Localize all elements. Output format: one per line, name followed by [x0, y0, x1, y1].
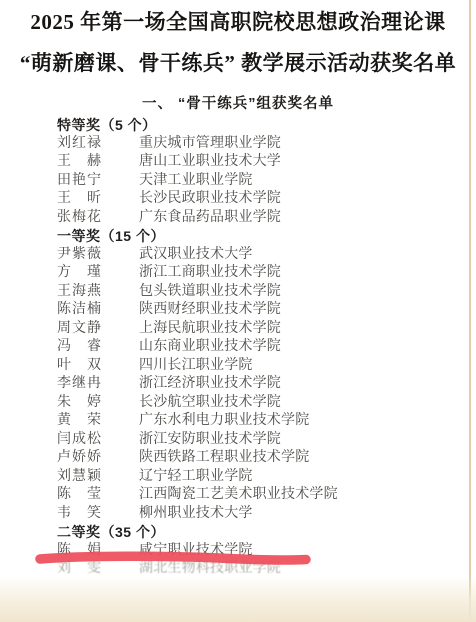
awardee-name: 冯 睿 — [57, 338, 101, 357]
award-row: 王 昕长沙民政职业技术学院 — [57, 190, 457, 209]
awardee-school: 辽宁轻工职业学院 — [139, 468, 253, 487]
awardee-school: 唐山工业职业技术大学 — [139, 153, 281, 172]
awardee-school: 浙江安防职业技术学院 — [139, 431, 281, 450]
award-list: 特等奖（5 个） 刘红禄重庆城市管理职业学院 王 赫唐山工业职业技术大学 田艳宁… — [57, 116, 457, 579]
award-row: 周文静上海民航职业技术学院 — [57, 320, 457, 339]
award-row: 陈洁楠陕西财经职业技术学院 — [57, 301, 457, 320]
awardee-name: 张梅花 — [57, 209, 101, 228]
award-row: 田艳宁天津工业职业学院 — [57, 172, 457, 191]
awardee-name: 尹紫薇 — [57, 246, 101, 265]
awardee-school: 江西陶瓷工艺美术职业技术学院 — [139, 486, 338, 505]
awardee-name: 刘 雯 — [57, 560, 101, 579]
awardee-school: 重庆城市管理职业学院 — [139, 135, 281, 154]
awardee-name: 闫成松 — [57, 431, 101, 450]
award-row: 叶 双四川长江职业学院 — [57, 357, 457, 376]
document-page: 2025 年第一场全国高职院校思想政治理论课 “萌新磨课、骨干练兵” 教学展示活… — [0, 0, 476, 622]
award-row: 王 赫唐山工业职业技术大学 — [57, 153, 457, 172]
award-group-rows: 尹紫薇武汉职业技术大学 方 瑾浙江工商职业技术学院 王海燕包头铁道职业技术学院 … — [57, 246, 457, 524]
awardee-school: 陕西财经职业技术学院 — [139, 301, 281, 320]
award-group-label: 特等奖（5 个） — [57, 116, 457, 135]
awardee-school: 咸宁职业技术学院 — [139, 542, 253, 561]
award-group-label: 一等奖（15 个） — [57, 227, 457, 246]
awardee-school: 山东商业职业技术学院 — [139, 338, 281, 357]
awardee-name: 叶 双 — [57, 357, 101, 376]
awardee-name: 黄 荣 — [57, 412, 101, 431]
award-row: 韦 笑柳州职业技术大学 — [57, 505, 457, 524]
awardee-name: 王 昕 — [57, 190, 101, 209]
awardee-school: 陕西铁路工程职业技术学院 — [139, 449, 309, 468]
award-row: 刘慧颖辽宁轻工职业学院 — [57, 468, 457, 487]
award-group: 二等奖（35 个） 陈 娟咸宁职业技术学院 刘 雯湖北生物科技职业学院 — [57, 523, 457, 579]
awardee-school: 武汉职业技术大学 — [139, 246, 253, 265]
award-group-label: 二等奖（35 个） — [57, 523, 457, 542]
awardee-school: 浙江工商职业技术学院 — [139, 264, 281, 283]
award-row: 王海燕包头铁道职业技术学院 — [57, 283, 457, 302]
award-row: 方 瑾浙江工商职业技术学院 — [57, 264, 457, 283]
awardee-name: 李继冉 — [57, 375, 101, 394]
document-title-line2: “萌新磨课、骨干练兵” 教学展示活动获奖名单 — [0, 43, 476, 83]
page-edge-line — [469, 0, 471, 622]
awardee-name: 韦 笑 — [57, 505, 101, 524]
awardee-name: 周文静 — [57, 320, 101, 339]
award-group-rows: 刘红禄重庆城市管理职业学院 王 赫唐山工业职业技术大学 田艳宁天津工业职业学院 … — [57, 135, 457, 228]
section-title: 一、 “骨干练兵”组获奖名单 — [0, 94, 476, 114]
awardee-name: 刘慧颖 — [57, 468, 101, 487]
awardee-name: 陈 娟 — [57, 542, 101, 561]
awardee-school: 广东水利电力职业技术学院 — [139, 412, 309, 431]
awardee-school: 天津工业职业学院 — [139, 172, 253, 191]
awardee-school: 长沙航空职业技术学院 — [139, 394, 281, 413]
award-group: 一等奖（15 个） 尹紫薇武汉职业技术大学 方 瑾浙江工商职业技术学院 王海燕包… — [57, 227, 457, 523]
award-row: 闫成松浙江安防职业技术学院 — [57, 431, 457, 450]
award-row: 刘红禄重庆城市管理职业学院 — [57, 135, 457, 154]
awardee-name: 朱 婷 — [57, 394, 101, 413]
award-row: 朱 婷长沙航空职业技术学院 — [57, 394, 457, 413]
award-row: 李继冉浙江经济职业技术学院 — [57, 375, 457, 394]
awardee-name: 卢娇娇 — [57, 449, 101, 468]
awardee-name: 方 瑾 — [57, 264, 101, 283]
awardee-school: 柳州职业技术大学 — [139, 505, 253, 524]
award-group-rows: 陈 娟咸宁职业技术学院 刘 雯湖北生物科技职业学院 — [57, 542, 457, 579]
award-row: 尹紫薇武汉职业技术大学 — [57, 246, 457, 265]
award-row: 黄 荣广东水利电力职业技术学院 — [57, 412, 457, 431]
document-title-line1: 2025 年第一场全国高职院校思想政治理论课 — [0, 7, 476, 37]
awardee-school: 包头铁道职业技术学院 — [139, 283, 281, 302]
awardee-name: 陈洁楠 — [57, 301, 101, 320]
awardee-school: 湖北生物科技职业学院 — [139, 560, 281, 579]
award-row: 张梅花广东食品药品职业学院 — [57, 209, 457, 228]
awardee-name: 王 赫 — [57, 153, 101, 172]
award-row: 陈 莹江西陶瓷工艺美术职业技术学院 — [57, 486, 457, 505]
awardee-name: 刘红禄 — [57, 135, 101, 154]
awardee-school: 长沙民政职业技术学院 — [139, 190, 281, 209]
award-row: 陈 娟咸宁职业技术学院 — [57, 542, 457, 561]
awardee-school: 四川长江职业学院 — [139, 357, 253, 376]
award-row: 冯 睿山东商业职业技术学院 — [57, 338, 457, 357]
award-group: 特等奖（5 个） 刘红禄重庆城市管理职业学院 王 赫唐山工业职业技术大学 田艳宁… — [57, 116, 457, 227]
awardee-name: 王海燕 — [57, 283, 101, 302]
awardee-school: 上海民航职业技术学院 — [139, 320, 281, 339]
awardee-school: 广东食品药品职业学院 — [139, 209, 281, 228]
photo-bottom-fade — [0, 576, 476, 622]
award-row: 刘 雯湖北生物科技职业学院 — [57, 560, 457, 579]
awardee-school: 浙江经济职业技术学院 — [139, 375, 281, 394]
award-row: 卢娇娇陕西铁路工程职业技术学院 — [57, 449, 457, 468]
awardee-name: 田艳宁 — [57, 172, 101, 191]
awardee-name: 陈 莹 — [57, 486, 101, 505]
